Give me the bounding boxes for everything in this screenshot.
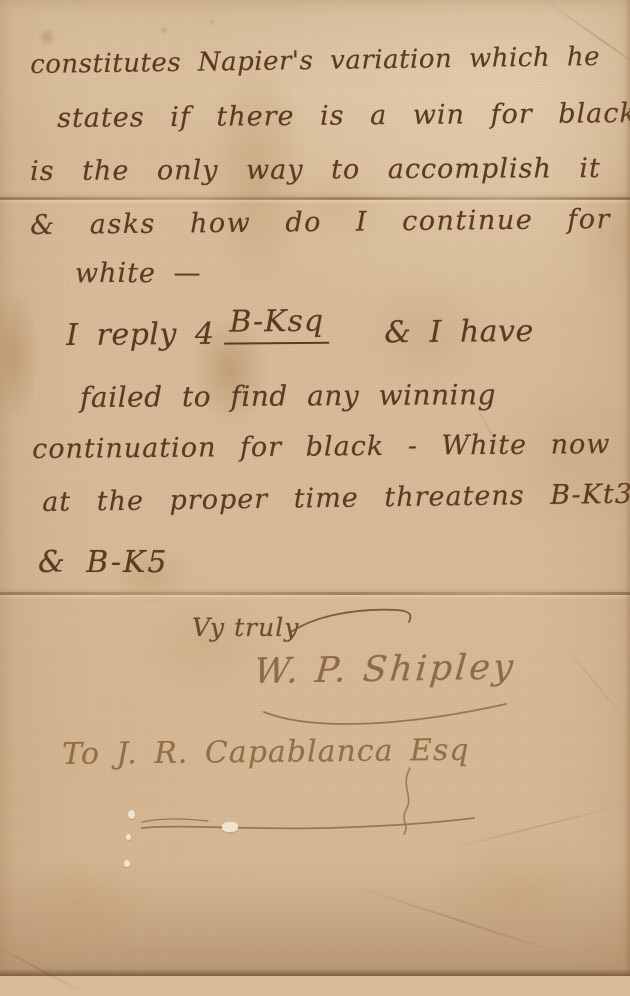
crease-line (440, 802, 630, 852)
chess-move-underlined: B-Ksq (224, 304, 329, 345)
signature-flourish (258, 698, 514, 734)
crease-line (350, 884, 569, 957)
fold-crease-bottom (0, 592, 630, 595)
reply-prefix: I reply 4 (66, 317, 215, 353)
signature: W. P. Shipley (252, 647, 517, 692)
letter-line: failed to find any winning (80, 378, 496, 414)
letter-line: constitutes Napier's variation which he (30, 42, 600, 80)
letter-line: continuation for black - White now (32, 429, 611, 465)
reply-suffix: & I have (384, 314, 534, 350)
crease-line (559, 640, 630, 726)
letter-line: & B-K5 (38, 545, 168, 580)
letter-line: & asks how do I continue for (30, 204, 611, 241)
closing-flourish (285, 602, 425, 642)
recipient-line: To J. R. Capablanca Esq (62, 733, 470, 772)
closing-valediction: Vy truly (192, 613, 299, 642)
fold-crease-top (0, 197, 630, 200)
esq-descender-flourish (398, 764, 418, 836)
page-edge-bottom-shadow (0, 969, 630, 976)
letter-line: is the only way to accomplish it (30, 153, 601, 187)
crease-line (0, 942, 88, 976)
letter-line: at the proper time threatens B-Kt3 (42, 479, 630, 518)
paper-damage-patch (222, 822, 238, 832)
paper-damage-speck (126, 834, 131, 840)
paper-damage-speck (124, 860, 130, 867)
paper-damage-speck (128, 810, 135, 819)
letter-page: constitutes Napier's variation which he … (0, 0, 630, 976)
letter-line: states if there is a win for black (57, 98, 630, 134)
letter-line-reply: I reply 4B-Ksq& I have (66, 314, 534, 358)
letter-line: white — (75, 258, 202, 289)
recipient-flourish (138, 808, 478, 838)
